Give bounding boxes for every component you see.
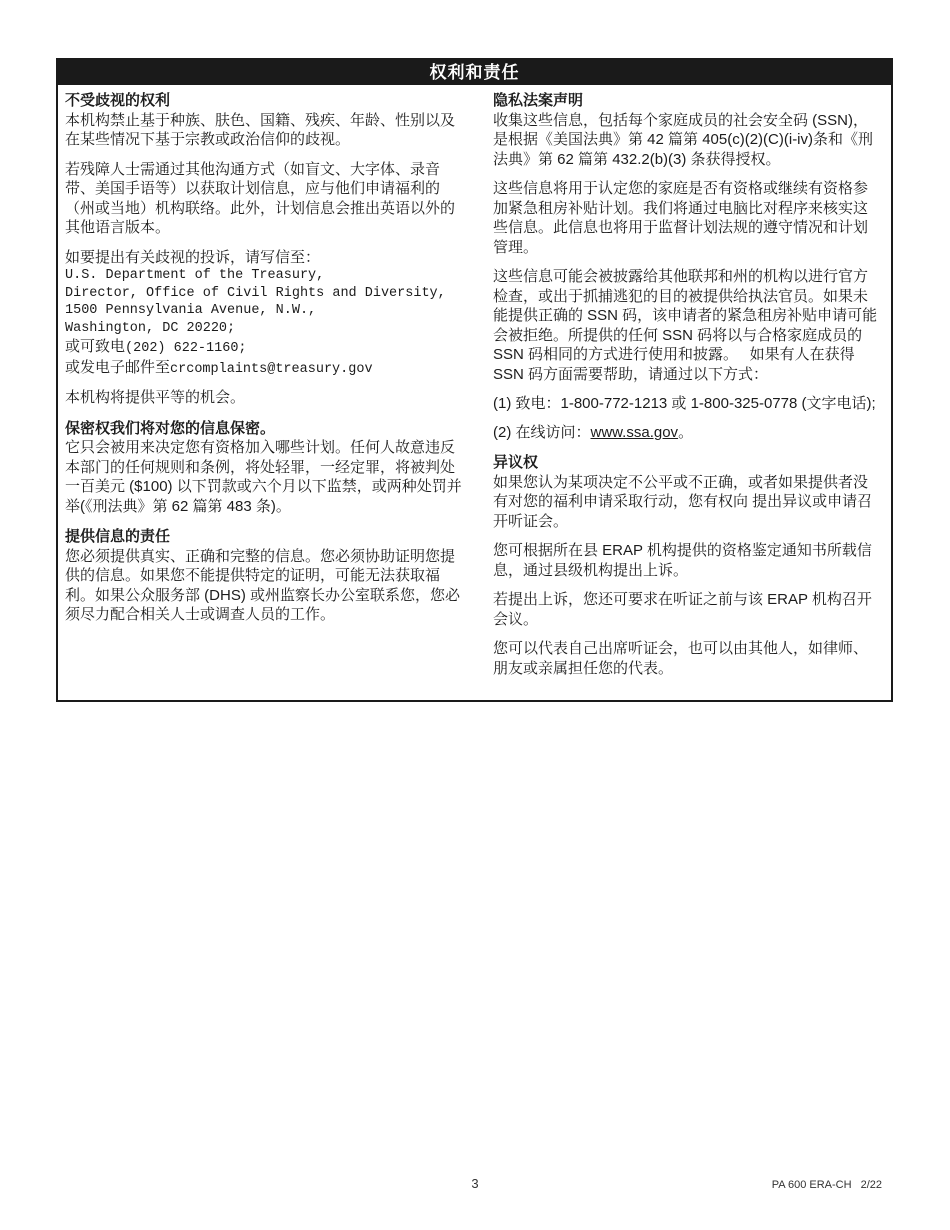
form-code-id: PA 600 ERA-CH bbox=[772, 1179, 852, 1191]
email-address: crcomplaints@treasury.gov bbox=[170, 362, 373, 377]
appeal-paragraph-1: 如果您认为某项决定不公平或不正确，或者如果提供者没有对您的福利申请采取行动，您有… bbox=[493, 473, 881, 532]
privacy-paragraph-3: 这些信息可能会被披露给其他联邦和州的机构以进行官方检查，或出于抓捕逃犯的目的被提… bbox=[493, 267, 881, 384]
heading-confidentiality: 保密权我们将对您的信息保密。 bbox=[65, 419, 463, 439]
equal-opportunity-statement: 本机构将提供平等的机会。 bbox=[65, 388, 463, 408]
ssa-gov-link[interactable]: www.ssa.gov bbox=[591, 424, 679, 441]
complaint-address-block: 如要提出有关歧视的投诉，请写信至： U.S. Department of the… bbox=[65, 248, 463, 379]
complaint-intro: 如要提出有关歧视的投诉，请写信至： bbox=[65, 248, 463, 268]
address-line-3: 1500 Pennsylvania Avenue, N.W., bbox=[65, 302, 463, 320]
phone-number: (202) 622-1160; bbox=[125, 341, 247, 356]
ssn-help-phone-item: (1) 致电：1-800-772-1213 或 1-800-325-0778 (… bbox=[493, 394, 881, 414]
appeal-paragraph-3: 若提出上诉，您还可要求在听证之前与该 ERAP 机构召开会议。 bbox=[493, 590, 881, 629]
heading-responsibility: 提供信息的责任 bbox=[65, 527, 463, 547]
address-line-4: Washington, DC 20220; bbox=[65, 320, 463, 338]
heading-privacy-act: 隐私法案声明 bbox=[493, 91, 881, 111]
nondiscrimination-paragraph-1: 本机构禁止基于种族、肤色、国籍、残疾、年龄、性别以及在某些情况下基于宗教或政治信… bbox=[65, 111, 463, 150]
web-item-suffix: 。 bbox=[678, 424, 693, 441]
privacy-paragraph-1: 收集这些信息，包括每个家庭成员的社会安全码 (SSN)，是根据《美国法典》第 4… bbox=[493, 111, 881, 170]
confidentiality-paragraph: 它只会被用来决定您有资格加入哪些计划。任何人故意违反本部门的任何规则和条例，将处… bbox=[65, 438, 463, 516]
email-line: 或发电子邮件至crcomplaints@treasury.gov bbox=[65, 358, 463, 379]
appeal-paragraph-4: 您可以代表自己出席听证会，也可以由其他人，如律师、朋友或亲属担任您的代表。 bbox=[493, 639, 881, 678]
appeal-paragraph-2: 您可根据所在县 ERAP 机构提供的资格鉴定通知书所载信息，通过县级机构提出上诉… bbox=[493, 541, 881, 580]
email-prefix: 或发电子邮件至 bbox=[65, 359, 170, 376]
form-code: PA 600 ERA-CH2/22 bbox=[772, 1179, 882, 1191]
phone-line: 或可致电(202) 622-1160; bbox=[65, 337, 463, 358]
box-body: 不受歧视的权利 本机构禁止基于种族、肤色、国籍、残疾、年龄、性别以及在某些情况下… bbox=[58, 85, 891, 700]
rights-responsibilities-box: 权利和责任 不受歧视的权利 本机构禁止基于种族、肤色、国籍、残疾、年龄、性别以及… bbox=[56, 58, 893, 702]
web-item-prefix: (2) 在线访问： bbox=[493, 424, 591, 441]
heading-nondiscrimination: 不受歧视的权利 bbox=[65, 91, 463, 111]
nondiscrimination-paragraph-2: 若残障人士需通过其他沟通方式（如盲文、大字体、录音带、美国手语等）以获取计划信息… bbox=[65, 160, 463, 238]
phone-prefix: 或可致电 bbox=[65, 338, 125, 355]
right-column: 隐私法案声明 收集这些信息，包括每个家庭成员的社会安全码 (SSN)，是根据《美… bbox=[493, 91, 881, 700]
heading-appeal: 异议权 bbox=[493, 453, 881, 473]
form-revision: 2/22 bbox=[861, 1179, 882, 1191]
document-page: 权利和责任 不受歧视的权利 本机构禁止基于种族、肤色、国籍、残疾、年龄、性别以及… bbox=[0, 0, 950, 1230]
address-line-1: U.S. Department of the Treasury, bbox=[65, 267, 463, 285]
box-title: 权利和责任 bbox=[430, 63, 520, 82]
left-column: 不受歧视的权利 本机构禁止基于种族、肤色、国籍、残疾、年龄、性别以及在某些情况下… bbox=[65, 91, 463, 700]
address-line-2: Director, Office of Civil Rights and Div… bbox=[65, 285, 463, 303]
privacy-paragraph-2: 这些信息将用于认定您的家庭是否有资格或继续有资格参加紧急租房补贴计划。我们将通过… bbox=[493, 179, 881, 257]
box-header: 权利和责任 bbox=[58, 60, 891, 85]
responsibility-paragraph: 您必须提供真实、正确和完整的信息。您必须协助证明您提供的信息。如果您不能提供特定… bbox=[65, 547, 463, 625]
ssn-help-web-item: (2) 在线访问：www.ssa.gov。 bbox=[493, 423, 881, 443]
